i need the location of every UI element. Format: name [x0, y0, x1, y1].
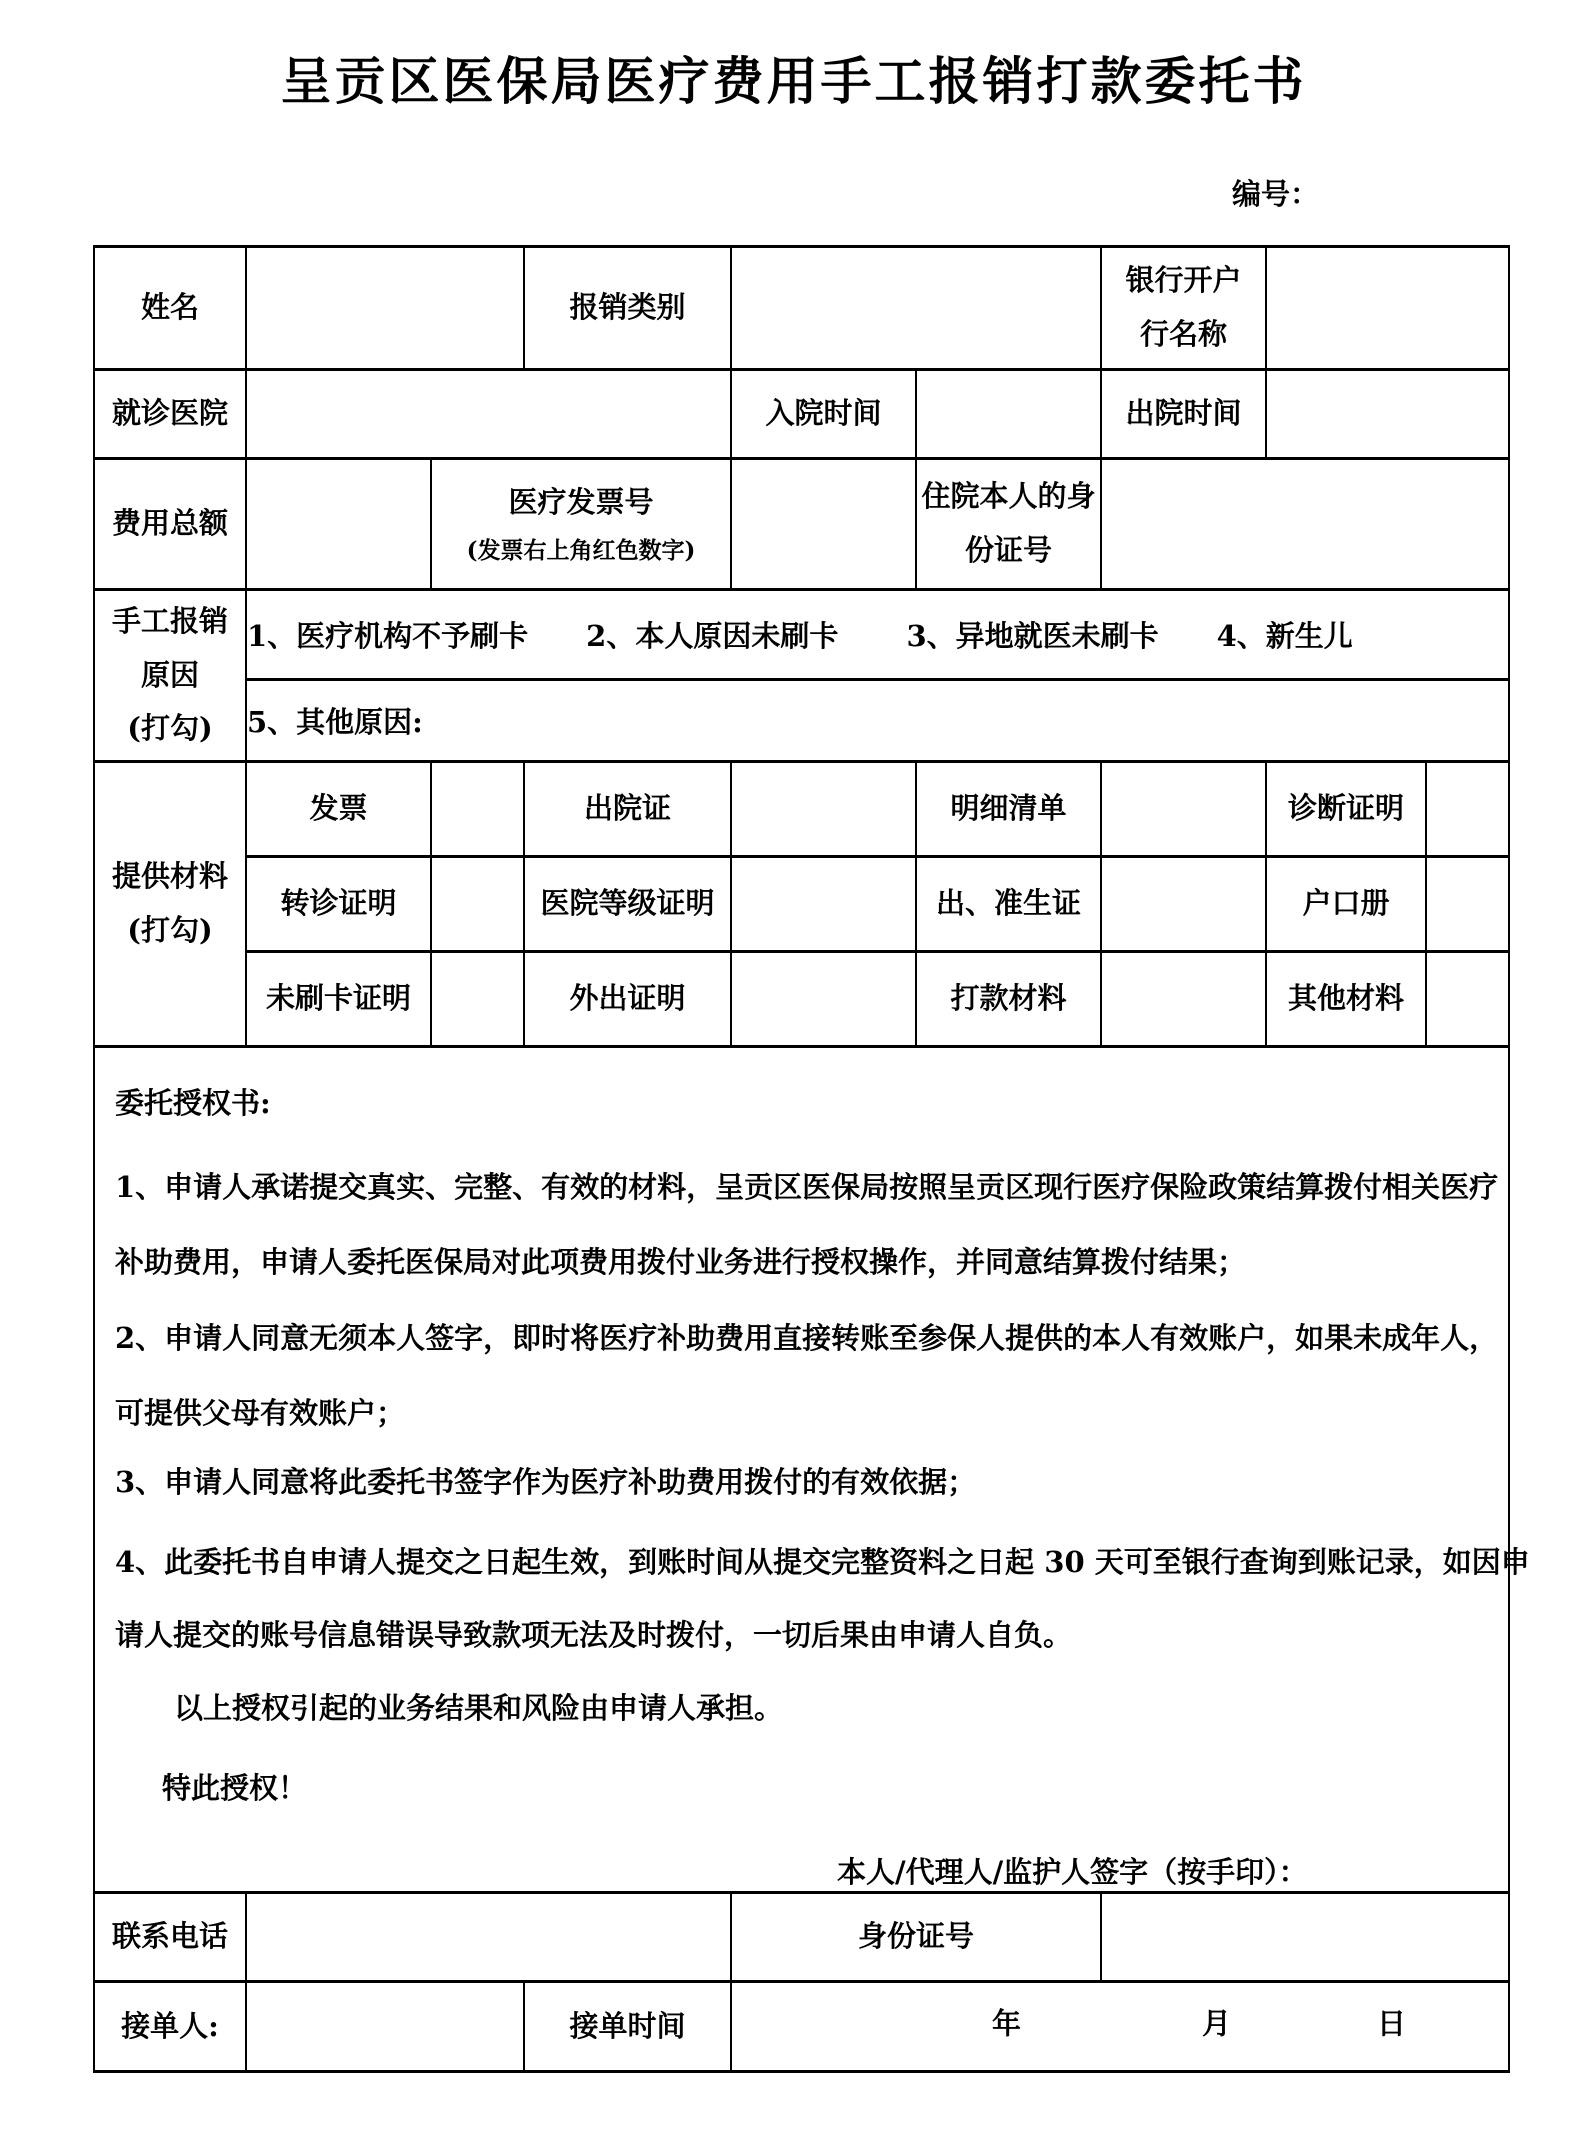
material-referral-label: 转诊证明 — [246, 857, 431, 952]
discharge-time-label: 出院时间 — [1101, 370, 1266, 459]
bank-name-label: 银行开户 行名称 — [1101, 247, 1266, 370]
material-diagnosis-label: 诊断证明 — [1266, 762, 1426, 857]
material-payment-label: 打款材料 — [916, 952, 1101, 1047]
discharge-time-value-cell — [1266, 370, 1509, 459]
material-no-card-label: 未刷卡证明 — [246, 952, 431, 1047]
authorization-heading: 委托授权书: — [115, 1081, 271, 1122]
authorization-line: 特此授权！ — [162, 1766, 307, 1807]
hospital-label: 就诊医院 — [94, 370, 246, 459]
name-label: 姓名 — [94, 247, 246, 370]
patient-id-value-cell — [1101, 459, 1509, 590]
receiver-label: 接单人: — [94, 1982, 246, 2072]
material-household-label: 户口册 — [1266, 857, 1426, 952]
material-payment-checkbox-cell — [1101, 952, 1266, 1047]
total-cost-label: 费用总额 — [94, 459, 246, 590]
total-cost-value-cell — [246, 459, 431, 590]
admission-time-label: 入院时间 — [731, 370, 916, 459]
category-value-cell — [731, 247, 1101, 370]
authorization-line: 可提供父母有效账户； — [115, 1391, 405, 1432]
phone-value-cell — [246, 1893, 731, 1982]
material-invoice-checkbox-cell — [431, 762, 524, 857]
materials-label: 提供材料 (打勾) — [94, 762, 246, 1047]
invoice-number-label: 医疗发票号 (发票右上角红色数字) — [431, 459, 731, 590]
manual-reason-label: 手工报销 原因 (打勾) — [94, 590, 246, 762]
material-discharge-cert-checkbox-cell — [731, 762, 916, 857]
material-outgoing-label: 外出证明 — [524, 952, 731, 1047]
category-label: 报销类别 — [524, 247, 731, 370]
authorization-section: 委托授权书: 1、申请人承诺提交真实、完整、有效的材料，呈贡区医保局按照呈贡区现… — [94, 1047, 1509, 1893]
serial-number-label: 编号： — [1232, 172, 1319, 213]
document-page: 呈贡区医保局医疗费用手工报销打款委托书 编号： 姓名 报销类别 银行开户 行名称… — [0, 0, 1587, 2131]
name-value-cell — [246, 247, 524, 370]
month-label: 月 — [1202, 2001, 1231, 2042]
manual-reason-other: 5、其他原因: — [246, 680, 1509, 762]
authorization-line: 3、申请人同意将此委托书签字作为医疗补助费用拨付的有效依据； — [115, 1460, 976, 1501]
bank-name-value-cell — [1266, 247, 1509, 370]
page-title: 呈贡区医保局医疗费用手工报销打款委托书 — [0, 40, 1587, 114]
material-birth-cert-label: 出、准生证 — [916, 857, 1101, 952]
id-number-value-cell — [1101, 1893, 1509, 1982]
material-detail-list-label: 明细清单 — [916, 762, 1101, 857]
material-hospital-grade-label: 医院等级证明 — [524, 857, 731, 952]
signature-label: 本人/代理人/监护人签字（按手印）： — [837, 1850, 1308, 1891]
material-household-checkbox-cell — [1426, 857, 1509, 952]
invoice-number-value-cell — [731, 459, 916, 590]
manual-reason-options: 1、医疗机构不予刷卡 2、本人原因未刷卡 3、异地就医未刷卡 4、新生儿 — [246, 590, 1509, 680]
receiver-value-cell — [246, 1982, 524, 2072]
reimbursement-form-table: 姓名 报销类别 银行开户 行名称 就诊医院 入院时间 出院时间 费用总额 医疗发… — [93, 245, 1510, 2073]
receive-time-label: 接单时间 — [524, 1982, 731, 2072]
authorization-line: 4、此委托书自申请人提交之日起生效，到账时间从提交完整资料之日起 30 天可至银… — [115, 1540, 1530, 1581]
material-outgoing-checkbox-cell — [731, 952, 916, 1047]
authorization-line: 请人提交的账号信息错误导致款项无法及时拨付，一切后果由申请人自负。 — [115, 1613, 1072, 1654]
authorization-line: 以上授权引起的业务结果和风险由申请人承担。 — [174, 1686, 783, 1727]
material-discharge-cert-label: 出院证 — [524, 762, 731, 857]
authorization-line: 补助费用，申请人委托医保局对此项费用拨付业务进行授权操作，并同意结算拨付结果； — [115, 1240, 1246, 1281]
id-number-label: 身份证号 — [731, 1893, 1101, 1982]
year-label: 年 — [992, 2001, 1021, 2042]
receive-date-cell: 年 月 日 — [731, 1982, 1509, 2072]
day-label: 日 — [1377, 2001, 1406, 2042]
patient-id-label: 住院本人的身 份证号 — [916, 459, 1101, 590]
material-invoice-label: 发票 — [246, 762, 431, 857]
material-detail-list-checkbox-cell — [1101, 762, 1266, 857]
material-other-checkbox-cell — [1426, 952, 1509, 1047]
authorization-line: 1、申请人承诺提交真实、完整、有效的材料，呈贡区医保局按照呈贡区现行医疗保险政策… — [115, 1165, 1498, 1206]
material-other-label: 其他材料 — [1266, 952, 1426, 1047]
material-referral-checkbox-cell — [431, 857, 524, 952]
admission-time-value-cell — [916, 370, 1101, 459]
material-hospital-grade-checkbox-cell — [731, 857, 916, 952]
hospital-value-cell — [246, 370, 731, 459]
material-no-card-checkbox-cell — [431, 952, 524, 1047]
authorization-line: 2、申请人同意无须本人签字，即时将医疗补助费用直接转账至参保人提供的本人有效账户… — [115, 1316, 1498, 1357]
material-diagnosis-checkbox-cell — [1426, 762, 1509, 857]
material-birth-cert-checkbox-cell — [1101, 857, 1266, 952]
phone-label: 联系电话 — [94, 1893, 246, 1982]
